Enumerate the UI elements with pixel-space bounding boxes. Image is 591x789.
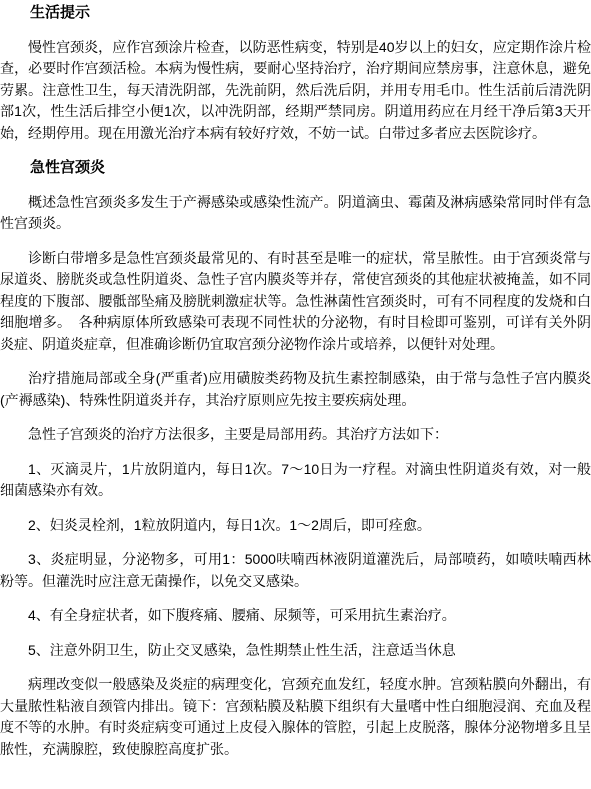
treatment-item-5: 5、注意外阴卫生，防止交叉感染，急性期禁止性生活，注意适当休息 [0, 640, 591, 662]
section-heading-acute-cervicitis: 急性宫颈炎 [0, 157, 591, 179]
section-heading-life-tips: 生活提示 [0, 2, 591, 24]
paragraph-overview: 概述急性宫颈炎多发生于产褥感染或感染性流产。阴道滴虫、霉菌及淋病感染常同时伴有急… [0, 192, 591, 235]
paragraph-treatment-measures: 治疗措施局部或全身(严重者)应用磺胺类药物及抗生素控制感染，由于常与急性子宫内膜… [0, 368, 591, 411]
treatment-item-3: 3、炎症明显，分泌物多，可用1：5000呋喃西林液阴道灌洗后，局部喷药，如喷呋喃… [0, 549, 591, 592]
treatment-item-1: 1、灭滴灵片，1片放阴道内，每日1次。7～10日为一疗程。对滴虫性阴道炎有效，对… [0, 459, 591, 502]
paragraph-diagnosis: 诊断白带增多是急性宫颈炎最常见的、有时甚至是唯一的症状，常呈脓性。由于宫颈炎常与… [0, 248, 591, 356]
paragraph-treatment-methods-intro: 急性子宫颈炎的治疗方法很多，主要是局部用药。其治疗方法如下： [0, 424, 591, 446]
paragraph-chronic-cervicitis-care: 慢性宫颈炎，应作宫颈涂片检查，以防恶性病变，特别是40岁以上的妇女，应定期作涂片… [0, 37, 591, 145]
medical-article: 生活提示 慢性宫颈炎，应作宫颈涂片检查，以防恶性病变，特别是40岁以上的妇女，应… [0, 0, 591, 760]
treatment-item-4: 4、有全身症状者，如下腹疼痛、腰痛、尿频等，可采用抗生素治疗。 [0, 605, 591, 627]
paragraph-pathology: 病理改变似一般感染及炎症的病理变化，宫颈充血发红，轻度水肿。宫颈粘膜向外翻出，有… [0, 674, 591, 760]
document-page: { "styles": { "background_color": "#ffff… [0, 0, 591, 760]
treatment-item-2: 2、妇炎灵栓剂，1粒放阴道内，每日1次。1～2周后，即可痊愈。 [0, 515, 591, 537]
